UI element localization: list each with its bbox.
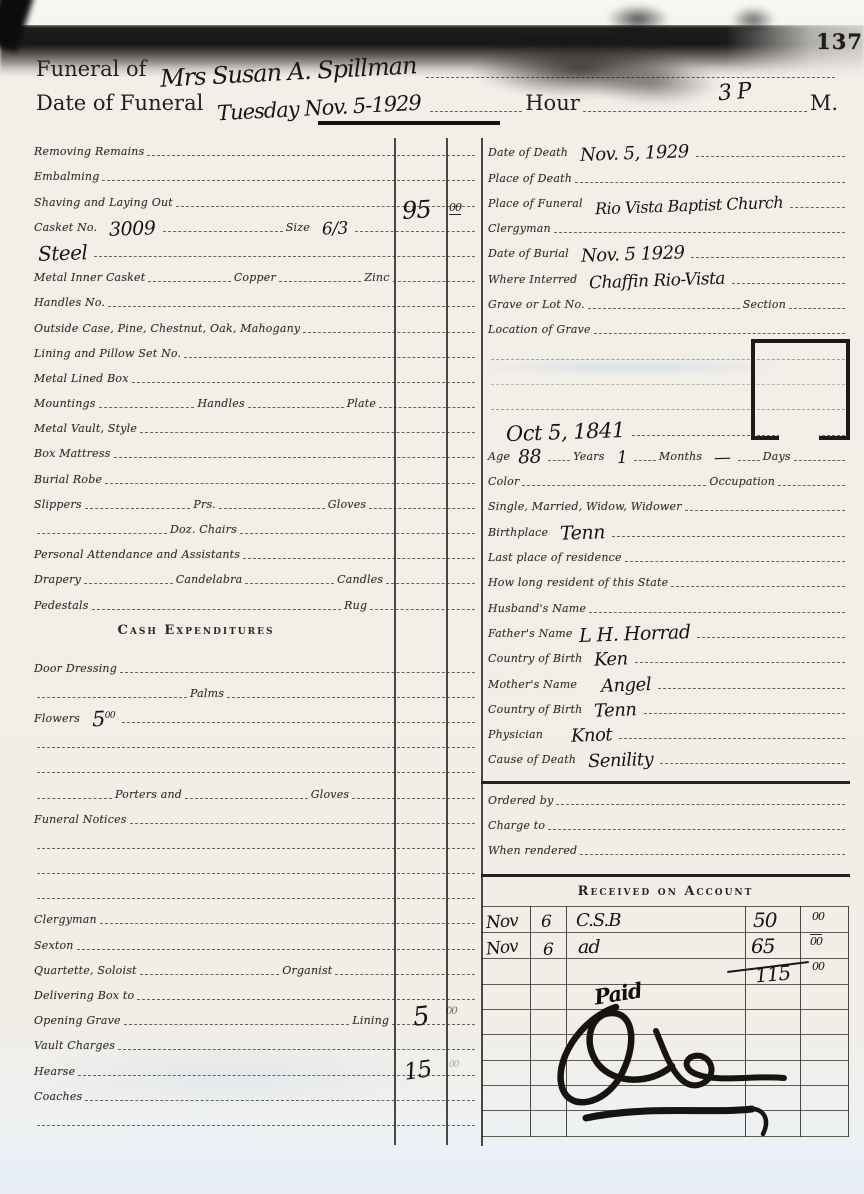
- form-row: Grave or Lot No.Section: [488, 288, 848, 313]
- field-label: Mother's Name: [488, 678, 577, 693]
- dotted-line: [352, 798, 475, 799]
- payment-day: 6: [541, 912, 551, 932]
- dotted-line: [612, 536, 845, 537]
- field-label: Metal Lined Box: [34, 372, 129, 387]
- dotted-line: [619, 738, 845, 739]
- form-row: Doz. Chairs: [34, 513, 478, 538]
- dotted-line: [794, 460, 845, 461]
- dotted-line: [671, 586, 845, 587]
- field-label: Door Dressing: [34, 662, 117, 677]
- field-label: Single, Married, Widow, Widower: [488, 500, 682, 515]
- field-label: Shaving and Laying Out: [34, 196, 173, 211]
- dotted-line: [85, 1100, 475, 1101]
- dotted-line: [118, 1049, 475, 1050]
- dotted-line: [644, 713, 845, 714]
- field-label: Years: [573, 450, 604, 465]
- form-row: Quartette, SoloistOrganist: [34, 954, 478, 979]
- handwritten-value: 6/3: [322, 218, 349, 239]
- dotted-line: [248, 407, 344, 408]
- field-label: When rendered: [488, 844, 577, 859]
- total-cents: 00: [812, 960, 824, 973]
- ledger-line: [481, 958, 849, 959]
- form-row: [34, 752, 478, 777]
- form-row: Porters andGloves: [34, 777, 478, 802]
- dotted-line: [37, 798, 112, 799]
- form-row: Single, Married, Widow, Widower: [488, 490, 848, 515]
- form-row: BirthplaceTenn: [488, 515, 848, 540]
- field-label: Doz. Chairs: [170, 523, 237, 538]
- dotted-line: [790, 207, 845, 208]
- form-row: Clergyman: [34, 903, 478, 928]
- payment-description: ad: [578, 936, 600, 958]
- ledger-line: [481, 984, 849, 985]
- field-label: Drapery: [34, 573, 81, 588]
- ledger-line: [481, 932, 849, 933]
- form-row: Location of Grave: [488, 313, 848, 338]
- form-row: Mother's NameAngel: [488, 667, 848, 692]
- dotted-line: [580, 854, 845, 855]
- field-label: Opening Grave: [34, 1014, 121, 1029]
- payment-dollars: 65: [751, 934, 774, 958]
- field-label: Embalming: [34, 170, 99, 185]
- dotted-line: [163, 231, 283, 232]
- field-label: Porters and: [115, 788, 182, 803]
- cents-column-rule: [446, 138, 448, 1145]
- field-label: Country of Birth: [488, 652, 582, 667]
- form-row: [34, 828, 478, 853]
- dotted-line: [697, 637, 845, 638]
- form-row: Flowers500: [34, 702, 478, 727]
- dotted-line: [279, 281, 361, 282]
- field-label: Removing Remains: [34, 145, 144, 160]
- field-label: Size: [286, 221, 310, 236]
- dotted-line: [105, 483, 475, 484]
- field-label: Personal Attendance and Assistants: [34, 548, 240, 563]
- dotted-line: [789, 308, 845, 309]
- dotted-line: [583, 111, 807, 112]
- form-row: ColorOccupation: [488, 465, 848, 490]
- dotted-line: [94, 256, 475, 257]
- dotted-line: [589, 612, 845, 613]
- section-divider: [481, 874, 850, 877]
- dotted-line: [114, 457, 475, 458]
- field-label: Date of Death: [488, 146, 568, 161]
- field-label: Slippers: [34, 498, 82, 513]
- scan-smudge-band: [0, 25, 864, 77]
- form-row: Cause of DeathSenility: [488, 743, 848, 768]
- dotted-line: [92, 609, 342, 610]
- dotted-line: [303, 332, 475, 333]
- dotted-line: [140, 974, 280, 975]
- dotted-line: [37, 848, 475, 849]
- field-label: Outside Case, Pine, Chestnut, Oak, Mahog…: [34, 322, 300, 337]
- payment-day: 6: [543, 940, 553, 960]
- handwritten-value: —: [714, 448, 731, 469]
- form-row: SlippersPrs.Gloves: [34, 488, 478, 513]
- form-row: Delivering Box to: [34, 979, 478, 1004]
- field-label: Flowers: [34, 712, 80, 727]
- form-row: Removing Remains: [34, 135, 478, 160]
- field-label: Age: [488, 450, 510, 465]
- field-label: Burial Robe: [34, 473, 102, 488]
- dotted-line: [99, 407, 195, 408]
- ledger-line: [481, 906, 849, 907]
- dotted-line: [137, 999, 475, 1000]
- total-dollars: 115: [754, 961, 791, 988]
- form-row: Country of BirthTenn: [488, 693, 848, 718]
- field-label: Prs.: [193, 498, 216, 513]
- dotted-line: [37, 697, 187, 698]
- dotted-line: [108, 306, 475, 307]
- dotted-line: [243, 558, 475, 559]
- section-divider: [481, 781, 850, 784]
- field-label: Zinc: [364, 271, 389, 286]
- left-column: Removing Remains Embalming Shaving and L…: [34, 135, 478, 1130]
- field-label: Date of Burial: [488, 247, 569, 262]
- dotted-line: [148, 281, 230, 282]
- field-label: Charge to: [488, 819, 545, 834]
- field-label: Lining: [352, 1014, 389, 1029]
- scan-bottom-strip: [0, 1146, 864, 1194]
- dotted-line: [37, 772, 475, 773]
- dotted-line: [335, 974, 475, 975]
- dotted-line: [778, 485, 845, 486]
- handwritten-value: Ken: [594, 649, 628, 671]
- ledger-column-rule: [530, 906, 531, 1137]
- field-label: Box Mattress: [34, 447, 111, 462]
- dotted-line: [84, 583, 173, 584]
- form-row: Handles No.: [34, 286, 478, 311]
- dotted-line: [430, 111, 522, 112]
- ledger-column-rule: [848, 906, 849, 1137]
- field-label: Father's Name: [488, 627, 573, 642]
- field-label: Metal Inner Casket: [34, 271, 145, 286]
- dotted-line: [691, 257, 845, 258]
- payment-cents: 00: [810, 934, 822, 948]
- form-row: Funeral Notices: [34, 803, 478, 828]
- ink-smudge: [606, 4, 670, 34]
- hour-value: 3 P: [717, 79, 752, 107]
- dotted-line: [588, 308, 740, 309]
- field-label: Palms: [190, 687, 224, 702]
- field-label: Last place of residence: [488, 551, 622, 566]
- form-row: Metal Vault, Style: [34, 412, 478, 437]
- handwritten-value: 88: [518, 445, 542, 468]
- field-label: Plate: [347, 397, 376, 412]
- form-row: Sexton: [34, 928, 478, 953]
- field-label: Section: [743, 298, 786, 313]
- form-row: Country of BirthKen: [488, 642, 848, 667]
- dotted-line: [122, 722, 475, 723]
- form-row: Burial Robe: [34, 462, 478, 487]
- form-row: Metal Lined Box: [34, 362, 478, 387]
- section-divider-rule: [481, 138, 483, 1147]
- dotted-line: [556, 804, 845, 805]
- form-row: [34, 853, 478, 878]
- dotted-line: [685, 510, 845, 511]
- form-row: Place of Death: [488, 161, 848, 186]
- field-label: Organist: [282, 964, 332, 979]
- dotted-line: [522, 485, 706, 486]
- field-label: Location of Grave: [488, 323, 591, 338]
- casket-amount-dollars: 95: [401, 195, 431, 225]
- dotted-line: [37, 747, 475, 748]
- dotted-line: [100, 923, 475, 924]
- form-row: PhysicianKnot: [488, 718, 848, 743]
- form-row: Place of FuneralRio Vista Baptist Church: [488, 187, 848, 212]
- form-row: DraperyCandelabraCandles: [34, 563, 478, 588]
- handwritten-value: Oct 5, 1841: [506, 417, 626, 445]
- field-label: How long resident of this State: [488, 576, 668, 591]
- field-label: Handles: [197, 397, 244, 412]
- page-number: 137: [816, 29, 863, 54]
- handwritten-value: 1: [616, 448, 627, 468]
- dotted-line: [355, 231, 475, 232]
- dotted-line: [37, 533, 167, 534]
- dotted-line: [660, 763, 845, 764]
- dotted-line: [219, 508, 325, 509]
- field-label: Vault Charges: [34, 1039, 115, 1054]
- dotted-line: [37, 1125, 475, 1126]
- dotted-line: [184, 357, 475, 358]
- field-label: Delivering Box to: [34, 989, 134, 1004]
- handwritten-value: Nov. 5 1929: [580, 243, 684, 268]
- form-row: When rendered: [488, 834, 848, 859]
- form-row: Last place of residence: [488, 541, 848, 566]
- handwritten-value: 3009: [109, 217, 156, 241]
- dotted-line: [245, 583, 334, 584]
- field-label: Rug: [344, 599, 367, 614]
- opening-grave-amount-cents: 00: [446, 1006, 457, 1017]
- dotted-line: [554, 232, 845, 233]
- field-label: Mountings: [34, 397, 96, 412]
- field-label: Country of Birth: [488, 703, 582, 718]
- handwritten-value: Nov. 5, 1929: [580, 141, 689, 166]
- dotted-line: [732, 283, 845, 284]
- form-row: [34, 878, 478, 903]
- dotted-line: [140, 432, 475, 433]
- handwritten-value: L H. Horrad: [578, 621, 690, 647]
- handwritten-value: Knot: [571, 724, 613, 746]
- dotted-line: [386, 583, 475, 584]
- field-label: Funeral Notices: [34, 813, 127, 828]
- field-label: Grave or Lot No.: [488, 298, 585, 313]
- dotted-line: [227, 697, 475, 698]
- dotted-line: [738, 460, 760, 461]
- form-row: Date of BurialNov. 5 1929: [488, 237, 848, 262]
- field-label: Cause of Death: [488, 753, 576, 768]
- dotted-line: [102, 180, 475, 181]
- dotted-line: [240, 533, 475, 534]
- form-row: Steel: [34, 236, 478, 261]
- form-row: PedestalsRug: [34, 588, 478, 613]
- form-row: Personal Attendance and Assistants: [34, 538, 478, 563]
- payment-month: Nov: [485, 911, 518, 933]
- form-row: Where InterredChaffin Rio-Vista: [488, 262, 848, 287]
- field-label: Copper: [234, 271, 276, 286]
- cash-expenditures-heading: Cash Expenditures: [34, 623, 358, 646]
- form-row: Ordered by: [488, 783, 848, 808]
- handwritten-value: Tenn: [560, 521, 606, 545]
- right-column: Date of DeathNov. 5, 1929 Place of Death…: [488, 136, 848, 859]
- form-row: Embalming: [34, 160, 478, 185]
- dotted-line: [370, 609, 475, 610]
- received-on-account-heading: Received on Account: [481, 884, 850, 899]
- field-label: Candelabra: [176, 573, 243, 588]
- form-row: Lining and Pillow Set No.: [34, 337, 478, 362]
- field-label: Ordered by: [488, 794, 553, 809]
- handwritten-value: Tenn: [594, 699, 637, 721]
- dotted-line: [37, 873, 475, 874]
- dotted-line: [634, 460, 656, 461]
- dotted-line: [548, 829, 845, 830]
- field-label: Where Interred: [488, 273, 577, 288]
- field-label: Birthplace: [488, 526, 548, 541]
- dotted-line: [635, 662, 845, 663]
- field-label: Hearse: [34, 1065, 75, 1080]
- casket-amount-cents: 00: [449, 201, 461, 215]
- field-label: Color: [488, 475, 519, 490]
- field-label: Quartette, Soloist: [34, 964, 137, 979]
- field-label: Physician: [488, 728, 543, 743]
- dotted-line: [658, 688, 845, 689]
- stamp-box: [751, 339, 850, 440]
- date-of-funeral-label: Date of Funeral: [36, 91, 203, 116]
- dotted-line: [85, 508, 191, 509]
- dotted-line: [548, 460, 570, 461]
- dotted-line: [185, 798, 308, 799]
- dotted-line: [625, 561, 845, 562]
- field-label: Metal Vault, Style: [34, 422, 137, 437]
- form-row: [34, 1105, 478, 1130]
- dotted-line: [147, 155, 475, 156]
- field-label: Casket No.: [34, 221, 97, 236]
- money-column-rule: [394, 138, 396, 1145]
- dotted-line: [124, 1024, 350, 1025]
- dotted-line: [594, 333, 845, 334]
- handwritten-value: 500: [92, 707, 116, 732]
- hearse-amount-dollars: 15: [402, 1056, 433, 1086]
- form-row: Vault Charges: [34, 1029, 478, 1054]
- field-label: Handles No.: [34, 296, 105, 311]
- dotted-line: [77, 949, 475, 950]
- dotted-line: [369, 508, 475, 509]
- meridiem-label: M.: [810, 91, 838, 116]
- hearse-amount-cents: 00: [449, 1060, 458, 1070]
- form-row: Box Mattress: [34, 437, 478, 462]
- funeral-record-page: 137 Funeral of Mrs Susan A. Spillman Dat…: [0, 0, 864, 1194]
- field-label: Days: [763, 450, 791, 465]
- opening-grave-amount-dollars: 5: [411, 1001, 430, 1032]
- field-label: Candles: [337, 573, 383, 588]
- field-label: Occupation: [709, 475, 775, 490]
- form-row: Palms: [34, 677, 478, 702]
- payment-dollars: 50: [753, 908, 776, 932]
- form-row: How long resident of this State: [488, 566, 848, 591]
- dotted-line: [392, 1024, 475, 1025]
- ink-smudge: [590, 62, 720, 104]
- field-label: Gloves: [328, 498, 367, 513]
- payment-month: Nov: [485, 936, 519, 959]
- dotted-line: [696, 156, 845, 157]
- form-row: Husband's Name: [488, 591, 848, 616]
- field-label: Clergyman: [488, 222, 551, 237]
- field-label: Months: [659, 450, 702, 465]
- payment-description: C.S.B: [576, 910, 621, 931]
- ink-smudge: [730, 6, 776, 34]
- dotted-line: [575, 182, 845, 183]
- dotted-line: [37, 898, 475, 899]
- form-row: Charge to: [488, 809, 848, 834]
- field-label: Pedestals: [34, 599, 89, 614]
- field-label: Place of Death: [488, 172, 572, 187]
- form-row: Father's NameL H. Horrad: [488, 617, 848, 642]
- header-divider: [318, 121, 500, 125]
- field-label: Gloves: [311, 788, 350, 803]
- dotted-line: [393, 281, 475, 282]
- form-row: Metal Inner CasketCopperZinc: [34, 261, 478, 286]
- form-row: Outside Case, Pine, Chestnut, Oak, Mahog…: [34, 311, 478, 336]
- field-label: Sexton: [34, 939, 74, 954]
- handwritten-value: Steel: [38, 240, 88, 266]
- payment-cents: 00: [812, 910, 824, 923]
- field-label: Place of Funeral: [488, 197, 583, 212]
- field-label: Clergyman: [34, 913, 97, 928]
- field-label: Coaches: [34, 1090, 82, 1105]
- dotted-line: [132, 382, 475, 383]
- handwritten-value: Angel: [601, 674, 652, 697]
- dotted-line: [130, 823, 475, 824]
- form-row: Date of DeathNov. 5, 1929: [488, 136, 848, 161]
- field-label: Husband's Name: [488, 602, 586, 617]
- field-label: Lining and Pillow Set No.: [34, 347, 181, 362]
- handwritten-value: Senility: [588, 749, 654, 772]
- stamp-box-gap: [779, 435, 819, 441]
- form-row: MountingsHandlesPlate: [34, 387, 478, 412]
- form-row: Door Dressing: [34, 646, 478, 677]
- dotted-line: [120, 672, 475, 673]
- signature-scrawl: [538, 997, 818, 1139]
